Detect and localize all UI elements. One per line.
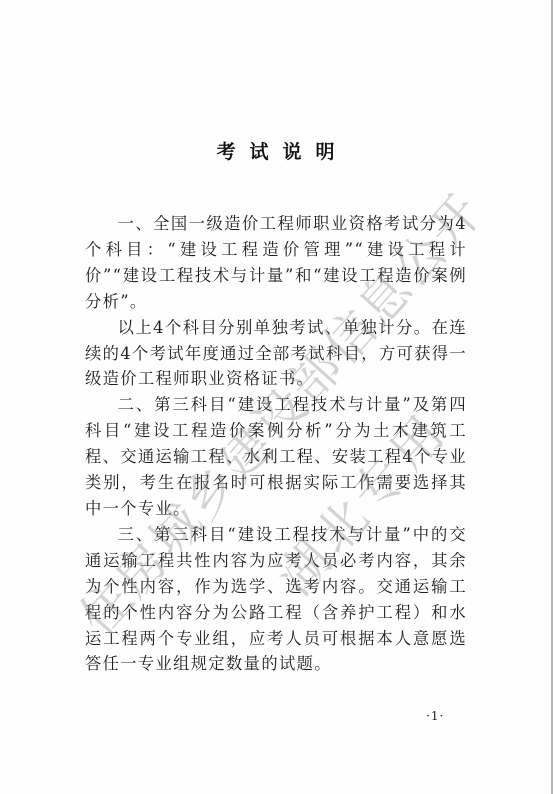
page-number: ·1· (426, 709, 444, 723)
paragraph-3: 二、第三科目“建设工程技术与计量”及第四科目“建设工程造价案例分析”分为土木建筑… (85, 392, 467, 522)
document-page: 考试说明 一、全国一级造价工程师职业资格考试分为4个科目：“建设工程造价管理”“… (0, 0, 553, 794)
document-body: 一、全国一级造价工程师职业资格考试分为4个科目：“建设工程造价管理”“建设工程计… (85, 211, 467, 677)
paragraph-1: 一、全国一级造价工程师职业资格考试分为4个科目：“建设工程造价管理”“建设工程计… (85, 211, 467, 315)
page-title: 考试说明 (0, 137, 551, 164)
paragraph-2: 以上4个科目分别单独考试、单独计分。在连续的4个考试年度通过全部考试科目，方可获… (85, 315, 467, 393)
paragraph-4: 三、第三科目“建设工程技术与计量”中的交通运输工程共性内容为应考人员必考内容，其… (85, 522, 467, 677)
